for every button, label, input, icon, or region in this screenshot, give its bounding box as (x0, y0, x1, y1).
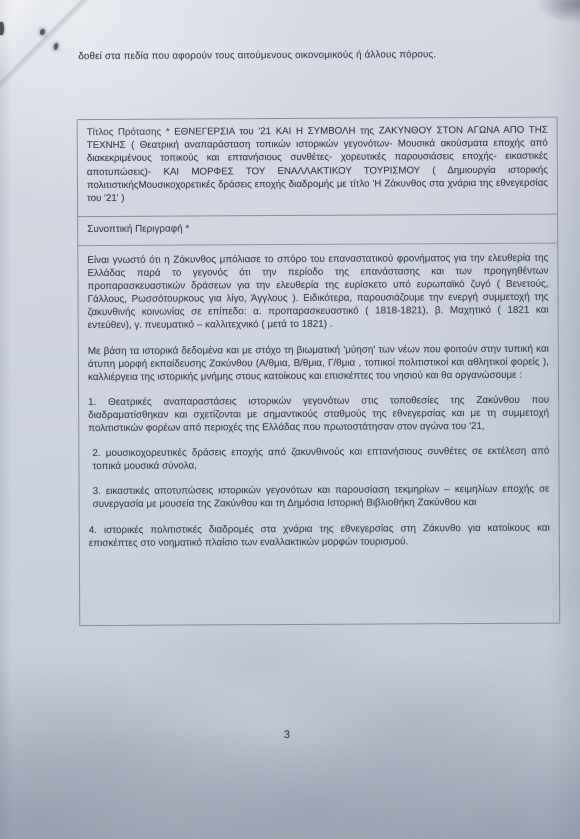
scanned-page: δοθεί στα πεδία που αφορούν τους αιτούμε… (0, 0, 580, 839)
list-item: 4. ιστορικές πολιτιστικές διαδρομές στα … (89, 521, 550, 550)
paragraph: Με βάση τα ιστορικά δεδομένα και με στόχ… (88, 342, 549, 384)
summary-body-row: Είναι γνωστό ότι η Ζάκυνθος μπόλιασε το … (78, 244, 559, 625)
summary-label: Συνοπτική Περιγραφή * (87, 224, 189, 236)
list-item: 2. μουσικοχορευτικές δράσεις εποχής από … (88, 445, 549, 474)
title-row: Τίτλος Πρότασης * ΕΘΝΕΓΕΡΣΙΑ του '21 ΚΑΙ… (78, 118, 558, 218)
list-item: 1. Θεατρικές αναπαραστάσεις ιστορικών γε… (88, 393, 549, 435)
summary-label-row: Συνοπτική Περιγραφή * (78, 215, 557, 247)
list-item: 3. εικαστικές αποτυπώσεις ιστορικών γεγο… (89, 483, 550, 512)
title-label: Τίτλος Πρότασης * (87, 127, 170, 138)
document-content: δοθεί στα πεδία που αφορούν τους αιτούμε… (0, 0, 580, 839)
proposal-form-table: Τίτλος Πρότασης * ΕΘΝΕΓΕΡΣΙΑ του '21 ΚΑΙ… (77, 117, 561, 627)
intro-text: δοθεί στα πεδία που αφορούν τους αιτούμε… (78, 49, 498, 62)
paragraph: Είναι γνωστό ότι η Ζάκυνθος μπόλιασε το … (87, 252, 548, 333)
page-number: 3 (284, 729, 290, 741)
